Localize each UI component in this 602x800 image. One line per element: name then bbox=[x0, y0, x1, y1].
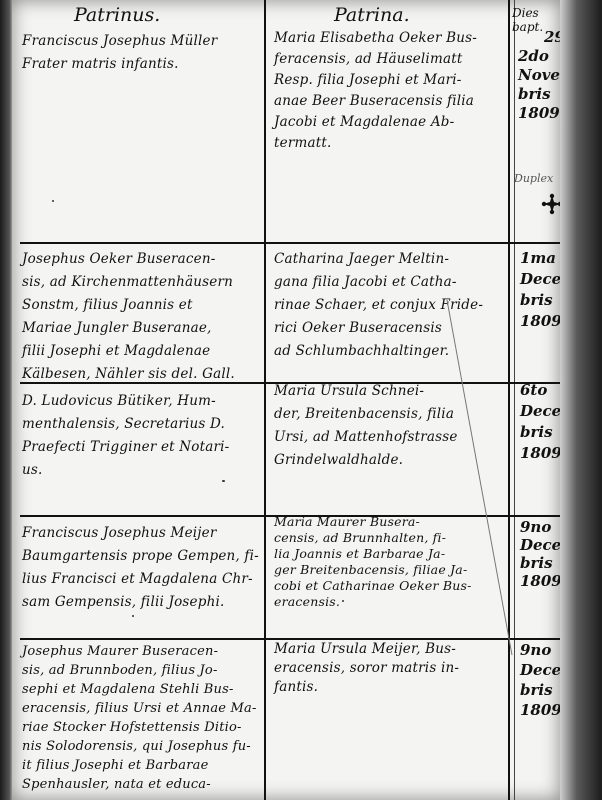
text-line: Mariae Jungler Buseranae, bbox=[22, 317, 235, 340]
date-day: 29 bbox=[518, 28, 560, 47]
date-year: 1809 bbox=[520, 700, 560, 720]
date-month-suffix: bris bbox=[518, 85, 560, 104]
text-line: sis, ad Brunnboden, filius Jo- bbox=[22, 661, 257, 680]
text-line: Spenhausler, nata et educa- bbox=[22, 775, 257, 794]
entry-5-patrinus: Josephus Maurer Buseracen- sis, ad Brunn… bbox=[22, 642, 257, 794]
column-divider-1 bbox=[264, 0, 266, 800]
date-ordinal: 9no bbox=[520, 640, 560, 660]
text-line: anae Beer Buseracensis filia bbox=[274, 91, 477, 112]
entry-4-date: 9no Decem- bris 1809 bbox=[520, 518, 560, 590]
text-line: Franciscus Josephus Meijer bbox=[22, 522, 259, 545]
entry-5-date: 9no Decem- bris 1809 bbox=[520, 640, 560, 720]
scan-speck bbox=[222, 480, 225, 482]
date-year: 1809 bbox=[518, 104, 560, 123]
date-month: Decem- bbox=[520, 401, 560, 422]
header-patrina: Patrina. bbox=[334, 4, 410, 26]
header-patrinus: Patrinus. bbox=[74, 4, 160, 26]
text-line: filii Josephi et Magdalenae bbox=[22, 340, 235, 363]
entry-1-date: 29 2do Novem- bris 1809 bbox=[518, 28, 560, 123]
text-line: sephi et Magdalena Stehli Bus- bbox=[22, 680, 257, 699]
scan-speck bbox=[342, 600, 344, 602]
text-line: Sonstm, filius Joannis et bbox=[22, 294, 235, 317]
text-line: Franciscus Josephus Müller bbox=[22, 30, 217, 53]
text-line: eracensis, filius Ursi et Annae Ma- bbox=[22, 699, 257, 718]
entry-5-patrina: Maria Ursula Meijer, Bus- eracensis, sor… bbox=[274, 640, 459, 697]
entry-1-patrina: Maria Elisabetha Oeker Bus- feracensis, … bbox=[274, 28, 477, 154]
scan-right-edge bbox=[560, 0, 602, 800]
date-month-suffix: bris bbox=[520, 680, 560, 700]
text-line: Grindelwaldhalde. bbox=[274, 449, 458, 472]
scan-speck bbox=[52, 200, 54, 202]
text-line: menthalensis, Secretarius D. bbox=[22, 413, 229, 436]
date-month: Decem- bbox=[520, 536, 560, 554]
text-line: sam Gempensis, filii Josephi. bbox=[22, 591, 259, 614]
text-line: fantis. bbox=[274, 678, 459, 697]
entry-3-date: 6to Decem- bris 1809 bbox=[520, 380, 560, 464]
text-line: feracensis, ad Häuselimatt bbox=[274, 49, 477, 70]
date-year: 1809 bbox=[520, 311, 560, 332]
text-line: Josephus Oeker Buseracen- bbox=[22, 248, 235, 271]
text-line: Catharina Jaeger Meltin- bbox=[274, 248, 483, 271]
date-month-suffix: bris bbox=[520, 422, 560, 443]
text-line: Maria Ursula Schnei- bbox=[274, 380, 458, 403]
text-line: sis, ad Kirchenmattenhäusern bbox=[22, 271, 235, 294]
entry-2-date: 1ma Decem- bris 1809 bbox=[520, 248, 560, 332]
text-line: Maria Ursula Meijer, Bus- bbox=[274, 640, 459, 659]
entry-3-patrinus: D. Ludovicus Bütiker, Hum- menthalensis,… bbox=[22, 390, 229, 482]
date-month: Decem- bbox=[520, 660, 560, 680]
text-line: Kälbesen, Nähler sis del. Gall. bbox=[22, 363, 235, 386]
text-line: Jacobi et Magdalenae Ab- bbox=[274, 112, 477, 133]
text-line: der, Breitenbacensis, filia bbox=[274, 403, 458, 426]
date-ordinal: 2do bbox=[518, 47, 560, 66]
date-year: 1809 bbox=[520, 572, 560, 590]
date-month: Decem- bbox=[520, 269, 560, 290]
date-month-suffix: bris bbox=[520, 290, 560, 311]
text-line: termatt. bbox=[274, 133, 477, 154]
entry-1-marginal-note: Duplex bbox=[514, 172, 553, 185]
scan-speck bbox=[132, 615, 134, 617]
text-line: Praefecti Trigginer et Notari- bbox=[22, 436, 229, 459]
row-divider-1 bbox=[20, 242, 560, 244]
text-line: it filius Josephi et Barbarae bbox=[22, 756, 257, 775]
text-line: D. Ludovicus Bütiker, Hum- bbox=[22, 390, 229, 413]
text-line: Josephus Maurer Buseracen- bbox=[22, 642, 257, 661]
date-month-suffix: bris bbox=[520, 554, 560, 572]
text-line: us. bbox=[22, 459, 229, 482]
scan-left-edge bbox=[0, 0, 12, 800]
text-line: eracensis, soror matris in- bbox=[274, 659, 459, 678]
scan-speck bbox=[162, 330, 164, 332]
date-ordinal: 9no bbox=[520, 518, 560, 536]
text-line: gana filia Jacobi et Catha- bbox=[274, 271, 483, 294]
date-ordinal: 6to bbox=[520, 380, 560, 401]
text-line: Maria Elisabetha Oeker Bus- bbox=[274, 28, 477, 49]
date-ordinal: 1ma bbox=[520, 248, 560, 269]
register-page: Patrinus. Patrina. Dies bapt. Franciscus… bbox=[12, 0, 560, 800]
entry-4-patrinus: Franciscus Josephus Meijer Baumgartensis… bbox=[22, 522, 259, 614]
entry-2-patrinus: Josephus Oeker Buseracen- sis, ad Kirche… bbox=[22, 248, 235, 386]
entry-3-patrina: Maria Ursula Schnei- der, Breitenbacensi… bbox=[274, 380, 458, 472]
ink-stroke bbox=[442, 300, 522, 660]
text-line: Resp. filia Josephi et Mari- bbox=[274, 70, 477, 91]
entry-1-patrinus: Franciscus Josephus Müller Frater matris… bbox=[22, 30, 217, 76]
text-line: Frater matris infantis. bbox=[22, 53, 217, 76]
text-line: riae Stocker Hofstettensis Ditio- bbox=[22, 718, 257, 737]
text-line: lius Francisci et Magdalena Chr- bbox=[22, 568, 259, 591]
text-line: Baumgartensis prope Gempen, fi- bbox=[22, 545, 259, 568]
date-year: 1809 bbox=[520, 443, 560, 464]
text-line: nis Solodorensis, qui Josephus fu- bbox=[22, 737, 257, 756]
text-line: Ursi, ad Mattenhofstrasse bbox=[274, 426, 458, 449]
date-month: Novem- bbox=[518, 66, 560, 85]
